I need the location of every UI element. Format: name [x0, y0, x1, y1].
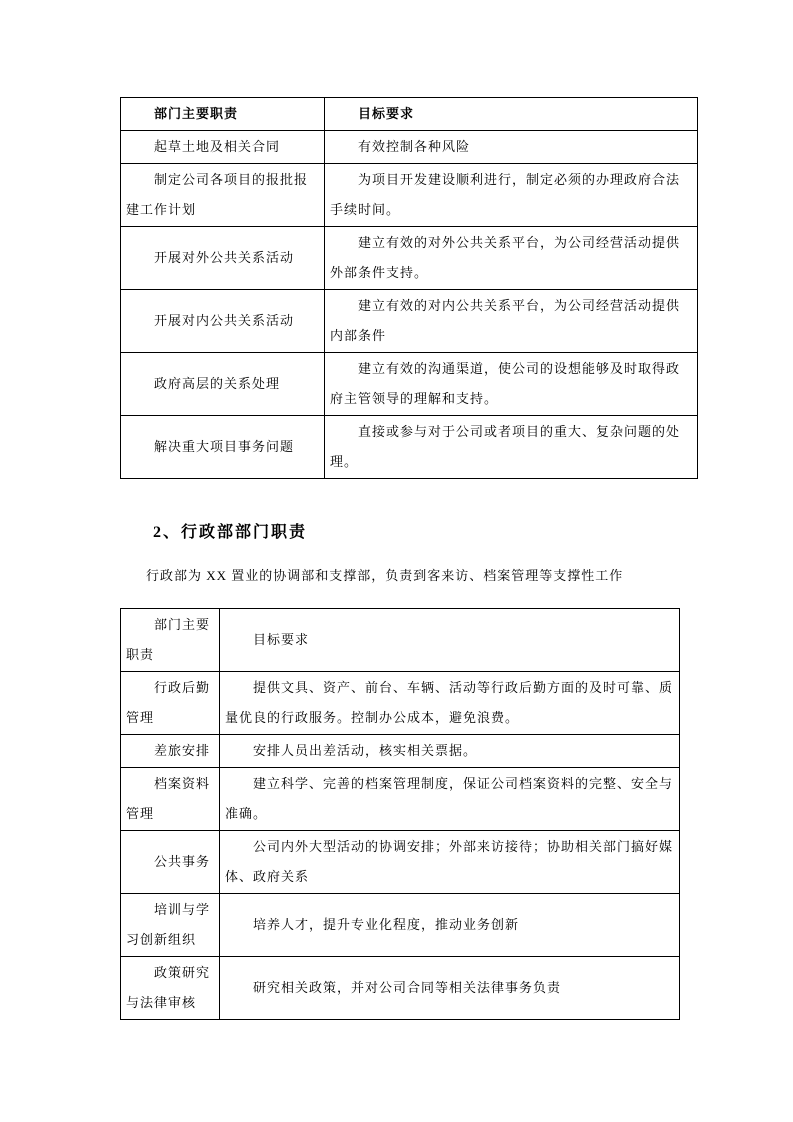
table-row: 开展对外公共关系活动 建立有效的对外公共关系平台，为公司经营活动提供外部条件支持… [121, 227, 698, 290]
table-row: 培训与学习创新组织 培养人才，提升专业化程度，推动业务创新 [121, 894, 680, 957]
duty-cell: 公共事务 [121, 831, 220, 894]
dept-duties-table-2: 部门主要职责 目标要求 行政后勤管理 提供文具、资产、前台、车辆、活动等行政后勤… [120, 608, 680, 1020]
duty-cell: 解决重大项目事务问题 [121, 416, 325, 479]
goal-cell: 培养人才，提升专业化程度，推动业务创新 [220, 894, 680, 957]
goal-cell: 公司内外大型活动的协调安排；外部来访接待；协助相关部门搞好媒体、政府关系 [220, 831, 680, 894]
table-row: 行政后勤管理 提供文具、资产、前台、车辆、活动等行政后勤方面的及时可靠、质量优良… [121, 672, 680, 735]
table-row: 政府高层的关系处理 建立有效的沟通渠道，使公司的设想能够及时取得政府主管领导的理… [121, 353, 698, 416]
goal-cell: 提供文具、资产、前台、车辆、活动等行政后勤方面的及时可靠、质量优良的行政服务。控… [220, 672, 680, 735]
table-header-row: 部门主要职责 目标要求 [121, 98, 698, 131]
duty-cell: 开展对内公共关系活动 [121, 290, 325, 353]
goal-cell: 建立科学、完善的档案管理制度，保证公司档案资料的完整、安全与准确。 [220, 768, 680, 831]
goal-cell: 安排人员出差活动，核实相关票据。 [220, 735, 680, 768]
duty-cell: 行政后勤管理 [121, 672, 220, 735]
goal-cell: 研究相关政策，并对公司合同等相关法律事务负责 [220, 957, 680, 1020]
header-cell-goal: 目标要求 [220, 609, 680, 672]
table-row: 公共事务 公司内外大型活动的协调安排；外部来访接待；协助相关部门搞好媒体、政府关… [121, 831, 680, 894]
goal-cell: 建立有效的对外公共关系平台，为公司经营活动提供外部条件支持。 [325, 227, 698, 290]
duty-cell: 政府高层的关系处理 [121, 353, 325, 416]
goal-cell: 为项目开发建设顺利进行，制定必须的办理政府合法手续时间。 [325, 164, 698, 227]
goal-cell: 建立有效的沟通渠道，使公司的设想能够及时取得政府主管领导的理解和支持。 [325, 353, 698, 416]
document-page: 部门主要职责 目标要求 起草土地及相关合同 有效控制各种风险 制定公司各项目的报… [0, 0, 793, 1122]
goal-cell: 直接或参与对于公司或者项目的重大、复杂问题的处理。 [325, 416, 698, 479]
section-intro: 行政部为 XX 置业的协调部和支撑部，负责到客来访、档案管理等支撑性工作 [146, 566, 623, 586]
duty-cell: 档案资料管理 [121, 768, 220, 831]
section-heading: 2、行政部部门职责 [153, 521, 307, 545]
header-cell-duty: 部门主要职责 [121, 609, 220, 672]
goal-cell: 建立有效的对内公共关系平台，为公司经营活动提供内部条件 [325, 290, 698, 353]
header-cell-goal: 目标要求 [325, 98, 698, 131]
table-row: 解决重大项目事务问题 直接或参与对于公司或者项目的重大、复杂问题的处理。 [121, 416, 698, 479]
table-header-row: 部门主要职责 目标要求 [121, 609, 680, 672]
duty-cell: 培训与学习创新组织 [121, 894, 220, 957]
duty-cell: 政策研究与法律审核 [121, 957, 220, 1020]
table-row: 开展对内公共关系活动 建立有效的对内公共关系平台，为公司经营活动提供内部条件 [121, 290, 698, 353]
table-row: 档案资料管理 建立科学、完善的档案管理制度，保证公司档案资料的完整、安全与准确。 [121, 768, 680, 831]
table-row: 差旅安排 安排人员出差活动，核实相关票据。 [121, 735, 680, 768]
table-row: 起草土地及相关合同 有效控制各种风险 [121, 131, 698, 164]
dept-duties-table-1: 部门主要职责 目标要求 起草土地及相关合同 有效控制各种风险 制定公司各项目的报… [120, 97, 698, 479]
duty-cell: 差旅安排 [121, 735, 220, 768]
duty-cell: 起草土地及相关合同 [121, 131, 325, 164]
table-row: 政策研究与法律审核 研究相关政策，并对公司合同等相关法律事务负责 [121, 957, 680, 1020]
table-row: 制定公司各项目的报批报建工作计划 为项目开发建设顺利进行，制定必须的办理政府合法… [121, 164, 698, 227]
goal-cell: 有效控制各种风险 [325, 131, 698, 164]
duty-cell: 开展对外公共关系活动 [121, 227, 325, 290]
header-cell-duty: 部门主要职责 [121, 98, 325, 131]
duty-cell: 制定公司各项目的报批报建工作计划 [121, 164, 325, 227]
